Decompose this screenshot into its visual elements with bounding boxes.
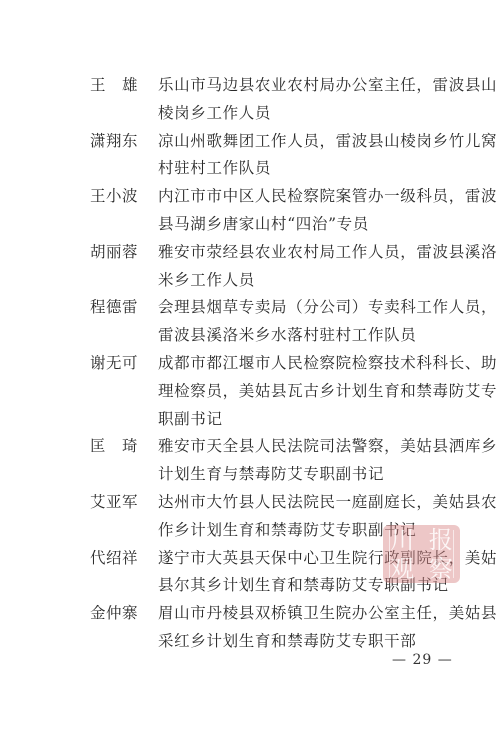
person-description: 成都市都江堰市人民检察院检察技术科科长、助 理检察员，美姑县瓦古乡计划生育和禁毒… — [158, 350, 452, 433]
description-line: 雷波县溪洛米乡水落村驻村工作队员 — [158, 322, 452, 350]
description-line: 凉山州歌舞团工作人员，雷波县山棱岗乡竹儿窝 — [158, 128, 452, 156]
person-name: 匡 琦 — [90, 433, 158, 461]
person-name: 王小波 — [90, 183, 158, 211]
description-line: 内江市市中区人民检察院案管办一级科员，雷波 — [158, 183, 452, 211]
description-line: 理检察员，美姑县瓦古乡计划生育和禁毒防艾专 — [158, 378, 452, 406]
description-line: 县马湖乡唐家山村“四治”专员 — [158, 211, 452, 239]
person-description: 内江市市中区人民检察院案管办一级科员，雷波 县马湖乡唐家山村“四治”专员 — [158, 183, 452, 239]
description-line: 雅安市荥经县农业农村局工作人员，雷波县溪洛 — [158, 239, 452, 267]
person-description: 会理县烟草专卖局（分公司）专卖科工作人员， 雷波县溪洛米乡水落村驻村工作队员 — [158, 294, 452, 350]
person-name: 金仲寨 — [90, 600, 158, 628]
person-name: 王 雄 — [90, 72, 158, 100]
description-line: 乐山市马边县农业农村局办公室主任，雷波县山 — [158, 72, 452, 100]
list-item: 代绍祥 遂宁市大英县天保中心卫生院行政副院长，美姑 县尔其乡计划生育和禁毒防艾专… — [90, 545, 460, 601]
person-name: 潇翔东 — [90, 128, 158, 156]
description-line: 职副书记 — [158, 406, 452, 434]
person-description: 凉山州歌舞团工作人员，雷波县山棱岗乡竹儿窝 村驻村工作队员 — [158, 128, 452, 184]
list-item: 胡丽蓉 雅安市荥经县农业农村局工作人员，雷波县溪洛 米乡工作人员 — [90, 239, 460, 295]
document-page: 王 雄 乐山市马边县农业农村局办公室主任，雷波县山 棱岗乡工作人员 潇翔东 凉山… — [0, 0, 502, 730]
page-number: — 29 — — [392, 652, 453, 668]
person-description: 雅安市天全县人民法院司法警察，美姑县洒库乡 计划生育与禁毒防艾专职副书记 — [158, 433, 452, 489]
person-name: 胡丽蓉 — [90, 239, 158, 267]
description-line: 成都市都江堰市人民检察院检察技术科科长、助 — [158, 350, 452, 378]
personnel-list: 王 雄 乐山市马边县农业农村局办公室主任，雷波县山 棱岗乡工作人员 潇翔东 凉山… — [90, 72, 460, 656]
person-description: 眉山市丹棱县双桥镇卫生院办公室主任，美姑县 采红乡计划生育和禁毒防艾专职干部 — [158, 600, 452, 656]
description-line: 村驻村工作队员 — [158, 155, 452, 183]
list-item: 王小波 内江市市中区人民检察院案管办一级科员，雷波 县马湖乡唐家山村“四治”专员 — [90, 183, 460, 239]
description-line: 会理县烟草专卖局（分公司）专卖科工作人员， — [158, 294, 452, 322]
person-name: 艾亚军 — [90, 489, 158, 517]
description-line: 达州市大竹县人民法院民一庭副庭长，美姑县农 — [158, 489, 452, 517]
description-line: 棱岗乡工作人员 — [158, 100, 452, 128]
list-item: 匡 琦 雅安市天全县人民法院司法警察，美姑县洒库乡 计划生育与禁毒防艾专职副书记 — [90, 433, 460, 489]
list-item: 潇翔东 凉山州歌舞团工作人员，雷波县山棱岗乡竹儿窝 村驻村工作队员 — [90, 128, 460, 184]
person-description: 雅安市荥经县农业农村局工作人员，雷波县溪洛 米乡工作人员 — [158, 239, 452, 295]
description-line: 计划生育与禁毒防艾专职副书记 — [158, 461, 452, 489]
description-line: 遂宁市大英县天保中心卫生院行政副院长，美姑 — [158, 545, 452, 573]
description-line: 眉山市丹棱县双桥镇卫生院办公室主任，美姑县 — [158, 600, 452, 628]
person-description: 达州市大竹县人民法院民一庭副庭长，美姑县农 作乡计划生育和禁毒防艾专职副书记 — [158, 489, 452, 545]
list-item: 艾亚军 达州市大竹县人民法院民一庭副庭长，美姑县农 作乡计划生育和禁毒防艾专职副… — [90, 489, 460, 545]
description-line: 作乡计划生育和禁毒防艾专职副书记 — [158, 517, 452, 545]
list-item: 王 雄 乐山市马边县农业农村局办公室主任，雷波县山 棱岗乡工作人员 — [90, 72, 460, 128]
description-line: 米乡工作人员 — [158, 267, 452, 295]
person-description: 遂宁市大英县天保中心卫生院行政副院长，美姑 县尔其乡计划生育和禁毒防艾专职副书记 — [158, 545, 452, 601]
list-item: 谢无可 成都市都江堰市人民检察院检察技术科科长、助 理检察员，美姑县瓦古乡计划生… — [90, 350, 460, 433]
person-name: 谢无可 — [90, 350, 158, 378]
person-name: 代绍祥 — [90, 545, 158, 573]
list-item: 金仲寨 眉山市丹棱县双桥镇卫生院办公室主任，美姑县 采红乡计划生育和禁毒防艾专职… — [90, 600, 460, 656]
person-description: 乐山市马边县农业农村局办公室主任，雷波县山 棱岗乡工作人员 — [158, 72, 452, 128]
list-item: 程德雷 会理县烟草专卖局（分公司）专卖科工作人员， 雷波县溪洛米乡水落村驻村工作… — [90, 294, 460, 350]
description-line: 雅安市天全县人民法院司法警察，美姑县洒库乡 — [158, 433, 452, 461]
description-line: 县尔其乡计划生育和禁毒防艾专职副书记 — [158, 572, 452, 600]
person-name: 程德雷 — [90, 294, 158, 322]
